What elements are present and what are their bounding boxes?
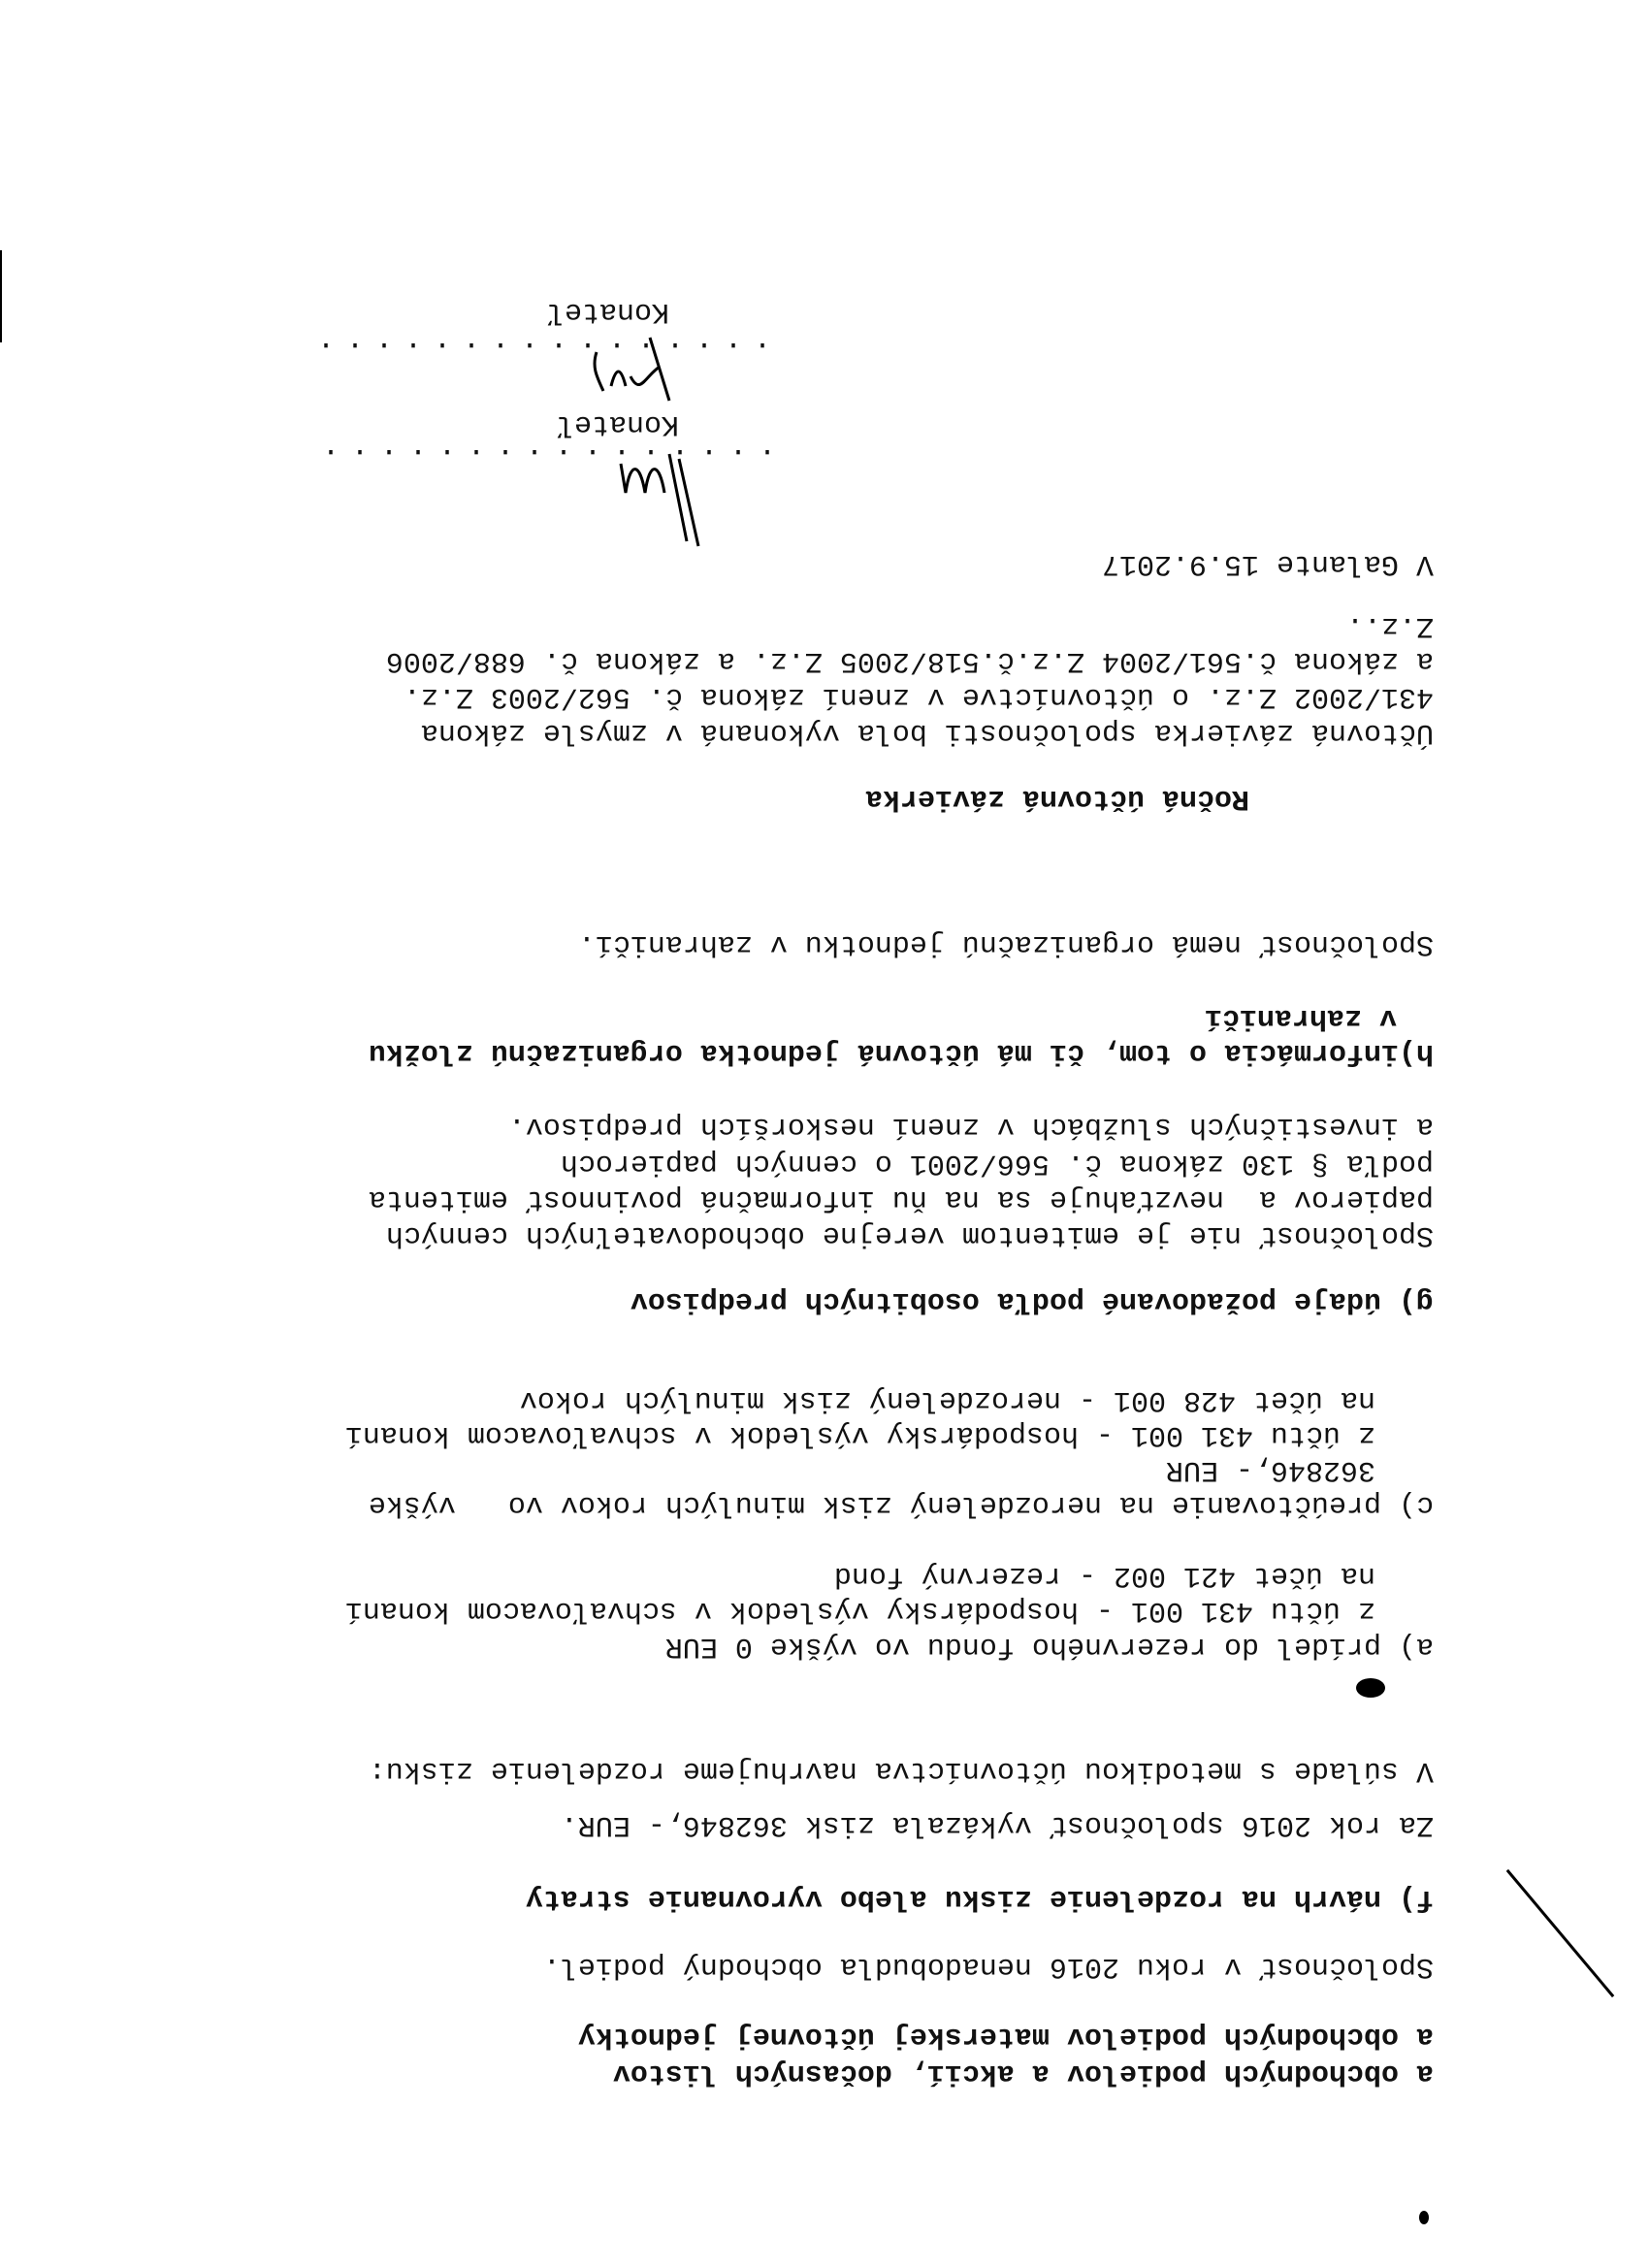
- signer-1-role: Konateľ: [557, 407, 679, 440]
- ink-blot: [1356, 1678, 1385, 1698]
- section-f-a-line2: z účtu 431 001 - hospodársky výsledok v …: [345, 1594, 1375, 1627]
- section-g-line1: Spoločnosť nie je emitentom verejne obch…: [386, 1218, 1434, 1251]
- intro-statement: Spoločnosť v roku 2016 nenadobudla obcho…: [543, 1950, 1434, 1983]
- scanned-page: a obchodných podielov a akcií, dočasných…: [0, 0, 1649, 2268]
- section-g-heading: g) údaje požadované podľa osobitných pre…: [630, 1284, 1434, 1317]
- header-tail-line2: a obchodných podielov materskej účtovnej…: [578, 2020, 1434, 2053]
- section-f-c-line4: na účet 428 001 - nerozdelený zisk minul…: [520, 1383, 1375, 1416]
- section-h-heading: h)informácia o tom, či má účtovná jednot…: [369, 1036, 1434, 1069]
- section-h-heading-cont: v zahraničí: [1205, 1001, 1397, 1034]
- annual-line4: Z.z..: [1346, 609, 1434, 642]
- place-date: V Galante 15.9.2017: [1102, 547, 1434, 580]
- section-f-a-line3: na účet 421 002 - rezervný fond: [834, 1559, 1375, 1592]
- section-f-c-line2: 362846,- EUR: [1166, 1453, 1375, 1486]
- corner-mark: [1419, 2211, 1429, 2224]
- section-f-heading: f) návrh na rozdelenie zisku alebo vyrov…: [526, 1882, 1434, 1915]
- section-g-line4: a investičných službách v znení neskorší…: [508, 1110, 1434, 1143]
- section-g-line3: podľa § 130 zákona č. 566/2001 o cenných…: [561, 1147, 1434, 1180]
- signature-line-2: ................: [306, 334, 771, 367]
- signer-2-role: Konateľ: [547, 295, 669, 328]
- section-f-c-line3: z účtu 431 001 - hospodársky výsledok v …: [345, 1418, 1375, 1451]
- scan-edge-line: [0, 250, 2, 342]
- pen-stroke-mark: [1506, 1869, 1615, 1997]
- annual-line1: Účtovná závierka spoločnosti bola vykona…: [421, 716, 1434, 749]
- header-tail-line1: a obchodných podielov a akcií, dočasných…: [613, 2057, 1434, 2090]
- signature-line-1: ................: [310, 440, 776, 473]
- annual-line3: a zákona č.561/2004 Z.z.č.518/2005 Z.z. …: [386, 644, 1434, 677]
- section-f-p1: Za rok 2016 spoločnosť vykázala zisk 362…: [561, 1808, 1434, 1841]
- section-f-a-line1: a) prídel do rezervného fondu vo výške 0…: [665, 1630, 1434, 1663]
- annual-report-heading: Ročná účtovná závierka: [865, 782, 1249, 815]
- annual-line2: 431/2002 Z.z. o účtovníctve v znení záko…: [404, 680, 1434, 713]
- section-f-c-line1: c) preúčtovanie na nerozdelený zisk minu…: [369, 1488, 1434, 1521]
- section-g-line2: papierov a nevzťahuje sa na ňu informačn…: [369, 1183, 1434, 1215]
- section-h-text: Spoločnosť nemá organizačnú jednotku v z…: [578, 927, 1434, 960]
- section-f-p2: V súlade s metodikou účtovníctva navrhuj…: [369, 1754, 1434, 1787]
